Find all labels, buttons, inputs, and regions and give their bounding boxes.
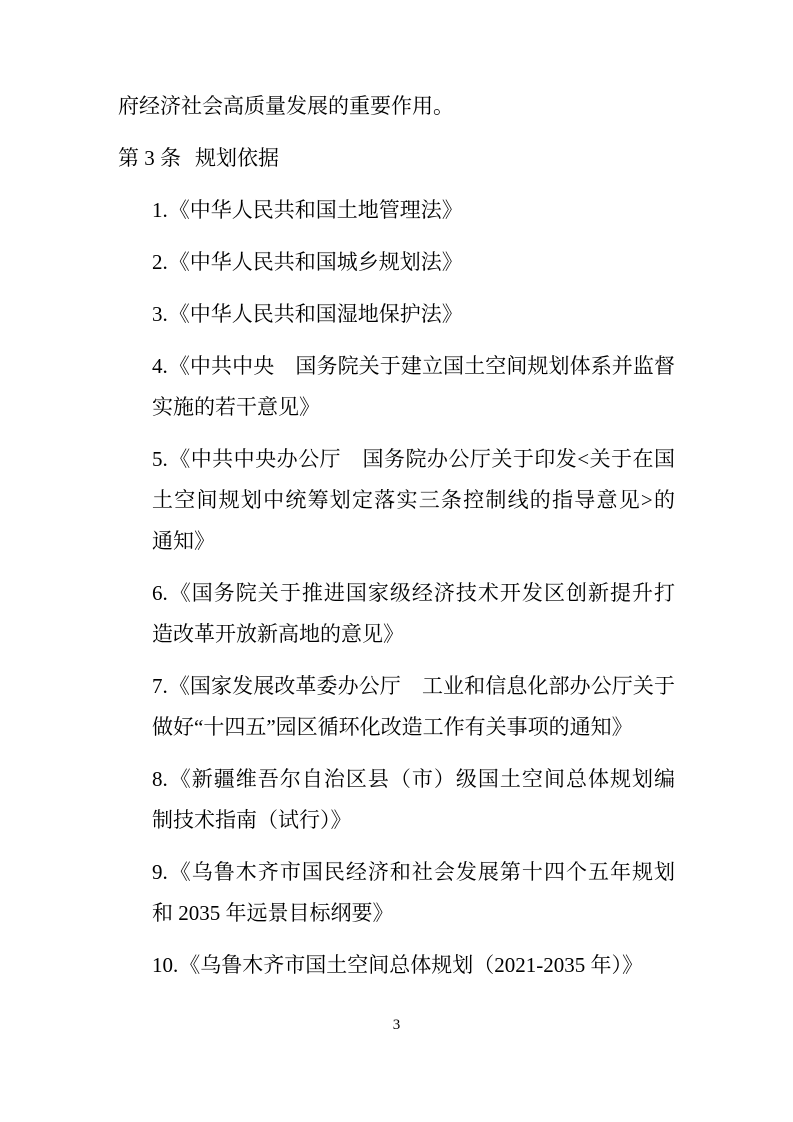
list-item-line: 土空间规划中统筹划定落实三条控制线的指导意见>的 <box>152 480 675 521</box>
list-item-number: 6. <box>152 581 169 605</box>
list-item-text: 《乌鲁木齐市国土空间总体规划（2021-2035 年）》 <box>179 953 643 977</box>
list-item-text: 《中共中央 国务院关于建立国土空间规划体系并监督 <box>169 354 675 378</box>
list-item-number: 1. <box>152 198 169 222</box>
list-item-line: 2.《中华人民共和国城乡规划法》 <box>152 242 675 283</box>
list-item-line: 4.《中共中央 国务院关于建立国土空间规划体系并监督 <box>152 346 675 387</box>
list-item: 3.《中华人民共和国湿地保护法》 <box>118 294 675 335</box>
list-item-line: 造改革开放新高地的意见》 <box>152 614 675 655</box>
article-heading: 第 3 条规划依据 <box>118 138 675 179</box>
list-item-line: 通知》 <box>152 521 675 562</box>
list-item-text: 《国务院关于推进国家级经济技术开发区创新提升打 <box>169 581 675 605</box>
list-item-text: 《中华人民共和国湿地保护法》 <box>169 302 463 326</box>
list-item: 4.《中共中央 国务院关于建立国土空间规划体系并监督 实施的若干意见》 <box>118 346 675 428</box>
list-item-number: 10. <box>152 953 179 977</box>
list-item-line: 7.《国家发展改革委办公厅 工业和信息化部办公厅关于 <box>152 666 675 707</box>
list-item: 5.《中共中央办公厅 国务院办公厅关于印发<关于在国 土空间规划中统筹划定落实三… <box>118 439 675 562</box>
list-item-text: 《中华人民共和国土地管理法》 <box>169 198 463 222</box>
list-item-line: 和 2035 年远景目标纲要》 <box>152 893 675 934</box>
list-item-text: 《国家发展改革委办公厅 工业和信息化部办公厅关于 <box>169 674 675 698</box>
list-item-line: 5.《中共中央办公厅 国务院办公厅关于印发<关于在国 <box>152 439 675 480</box>
list-item: 8.《新疆维吾尔自治区县（市）级国土空间总体规划编 制技术指南（试行）》 <box>118 759 675 841</box>
list-item: 9.《乌鲁木齐市国民经济和社会发展第十四个五年规划 和 2035 年远景目标纲要… <box>118 852 675 934</box>
paragraph-continuation: 府经济社会高质量发展的重要作用。 <box>118 86 675 127</box>
list-item-line: 9.《乌鲁木齐市国民经济和社会发展第十四个五年规划 <box>152 852 675 893</box>
list-item-number: 2. <box>152 250 169 274</box>
page-number: 3 <box>0 1014 793 1036</box>
list-item-number: 8. <box>152 767 169 791</box>
list-item-text: 《中华人民共和国城乡规划法》 <box>169 250 463 274</box>
list-item-text: 《新疆维吾尔自治区县（市）级国土空间总体规划编 <box>169 767 675 791</box>
list-item: 6.《国务院关于推进国家级经济技术开发区创新提升打 造改革开放新高地的意见》 <box>118 573 675 655</box>
list-item: 2.《中华人民共和国城乡规划法》 <box>118 242 675 283</box>
list-item: 10.《乌鲁木齐市国土空间总体规划（2021-2035 年）》 <box>118 945 675 986</box>
list-item-line: 制技术指南（试行）》 <box>152 800 675 841</box>
list-item-line: 做好“十四五”园区循环化改造工作有关事项的通知》 <box>152 707 675 748</box>
list-item-line: 1.《中华人民共和国土地管理法》 <box>152 190 675 231</box>
reference-list: 1.《中华人民共和国土地管理法》 2.《中华人民共和国城乡规划法》 3.《中华人… <box>118 190 675 986</box>
document-page: 府经济社会高质量发展的重要作用。 第 3 条规划依据 1.《中华人民共和国土地管… <box>0 0 793 1122</box>
list-item-number: 9. <box>152 860 169 884</box>
list-item-line: 8.《新疆维吾尔自治区县（市）级国土空间总体规划编 <box>152 759 675 800</box>
list-item-line: 10.《乌鲁木齐市国土空间总体规划（2021-2035 年）》 <box>152 945 675 986</box>
list-item: 7.《国家发展改革委办公厅 工业和信息化部办公厅关于 做好“十四五”园区循环化改… <box>118 666 675 748</box>
list-item-number: 3. <box>152 302 169 326</box>
list-item-number: 7. <box>152 674 169 698</box>
article-number: 第 3 条 <box>118 146 181 170</box>
list-item-number: 4. <box>152 354 169 378</box>
list-item-line: 实施的若干意见》 <box>152 387 675 428</box>
list-item-text: 《乌鲁木齐市国民经济和社会发展第十四个五年规划 <box>169 860 675 884</box>
article-title: 规划依据 <box>195 146 279 170</box>
list-item-line: 3.《中华人民共和国湿地保护法》 <box>152 294 675 335</box>
list-item-number: 5. <box>152 447 169 471</box>
list-item-line: 6.《国务院关于推进国家级经济技术开发区创新提升打 <box>152 573 675 614</box>
list-item: 1.《中华人民共和国土地管理法》 <box>118 190 675 231</box>
list-item-text: 《中共中央办公厅 国务院办公厅关于印发<关于在国 <box>169 447 675 471</box>
